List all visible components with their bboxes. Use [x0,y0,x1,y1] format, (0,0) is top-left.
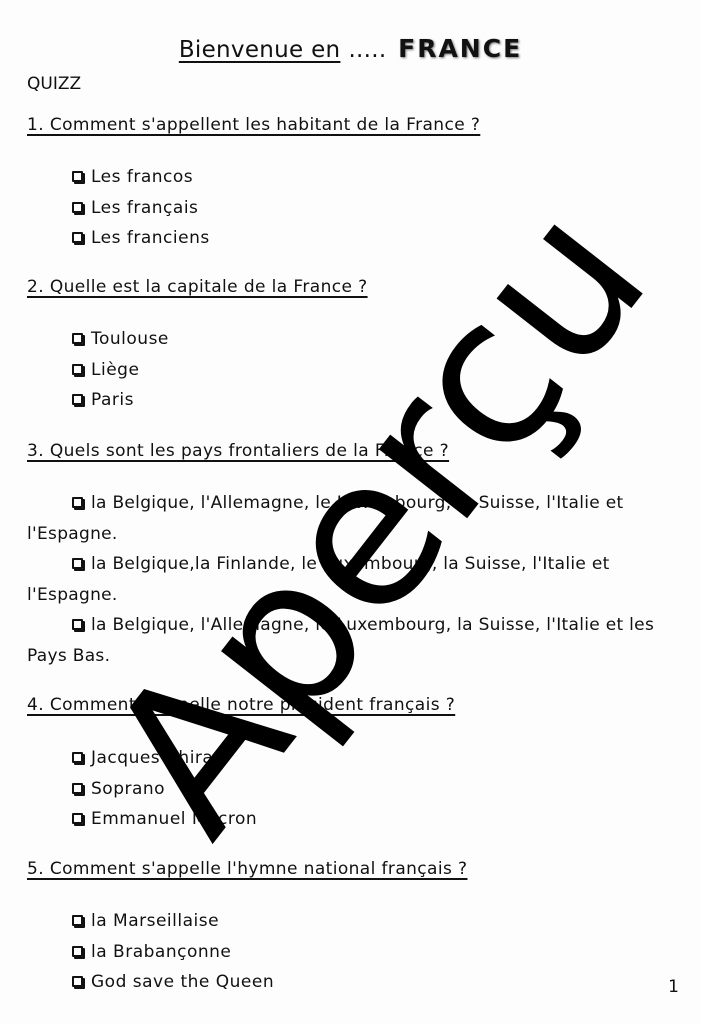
checkbox-icon[interactable] [72,364,83,375]
question-2: 2. Quelle est la capitale de la France ? [27,277,368,297]
option[interactable]: Soprano [72,774,257,805]
checkbox-icon[interactable] [72,619,83,630]
document-page: Bienvenue en..... FRANCE QUIZZ 1. Commen… [0,0,701,1024]
option[interactable]: Jacques Chirac [72,743,257,774]
title-welcome: Bienvenue en [179,37,341,63]
checkbox-icon[interactable] [72,497,83,508]
checkbox-icon[interactable] [72,558,83,569]
page-title: Bienvenue en..... FRANCE [0,34,701,63]
checkbox-icon[interactable] [72,171,83,182]
options-q3: la Belgique, l'Allemagne, le Luxembourg,… [27,488,677,671]
checkbox-icon[interactable] [72,915,83,926]
checkbox-icon[interactable] [72,394,83,405]
option[interactable]: Emmanuel Macron [72,804,257,835]
checkbox-icon[interactable] [72,333,83,344]
checkbox-icon[interactable] [72,232,83,243]
option[interactable]: Toulouse [72,324,169,355]
question-1: 1. Comment s'appellent les habitant de l… [27,115,480,135]
options-q4: Jacques Chirac Soprano Emmanuel Macron [72,743,257,835]
options-q5: la Marseillaise la Brabançonne God save … [72,906,274,998]
option[interactable]: Les français [72,193,210,224]
option[interactable]: Les francos [72,162,210,193]
title-country: FRANCE [398,34,522,63]
option[interactable]: Liège [72,355,169,386]
checkbox-icon[interactable] [72,976,83,987]
option[interactable]: God save the Queen [72,967,274,998]
checkbox-icon[interactable] [72,946,83,957]
options-q1: Les francos Les français Les franciens [72,162,210,254]
option[interactable]: Paris [72,385,169,416]
option[interactable]: la Belgique,la Finlande, le Luxembourg, … [27,549,677,610]
title-dots: ..... [348,37,386,63]
quiz-heading: QUIZZ [27,74,81,94]
option[interactable]: la Marseillaise [72,906,274,937]
checkbox-icon[interactable] [72,813,83,824]
page-number: 1 [668,977,679,997]
option[interactable]: la Belgique, l'Allemagne, le Luxembourg,… [27,610,677,671]
question-3: 3. Quels sont les pays frontaliers de la… [27,441,449,461]
option[interactable]: la Brabançonne [72,937,274,968]
checkbox-icon[interactable] [72,202,83,213]
options-q2: Toulouse Liège Paris [72,324,169,416]
question-5: 5. Comment s'appelle l'hymne national fr… [27,859,467,879]
option[interactable]: la Belgique, l'Allemagne, le Luxembourg,… [27,488,677,549]
checkbox-icon[interactable] [72,752,83,763]
option[interactable]: Les franciens [72,223,210,254]
checkbox-icon[interactable] [72,783,83,794]
question-4: 4. Comment s'appelle notre président fra… [27,695,455,715]
